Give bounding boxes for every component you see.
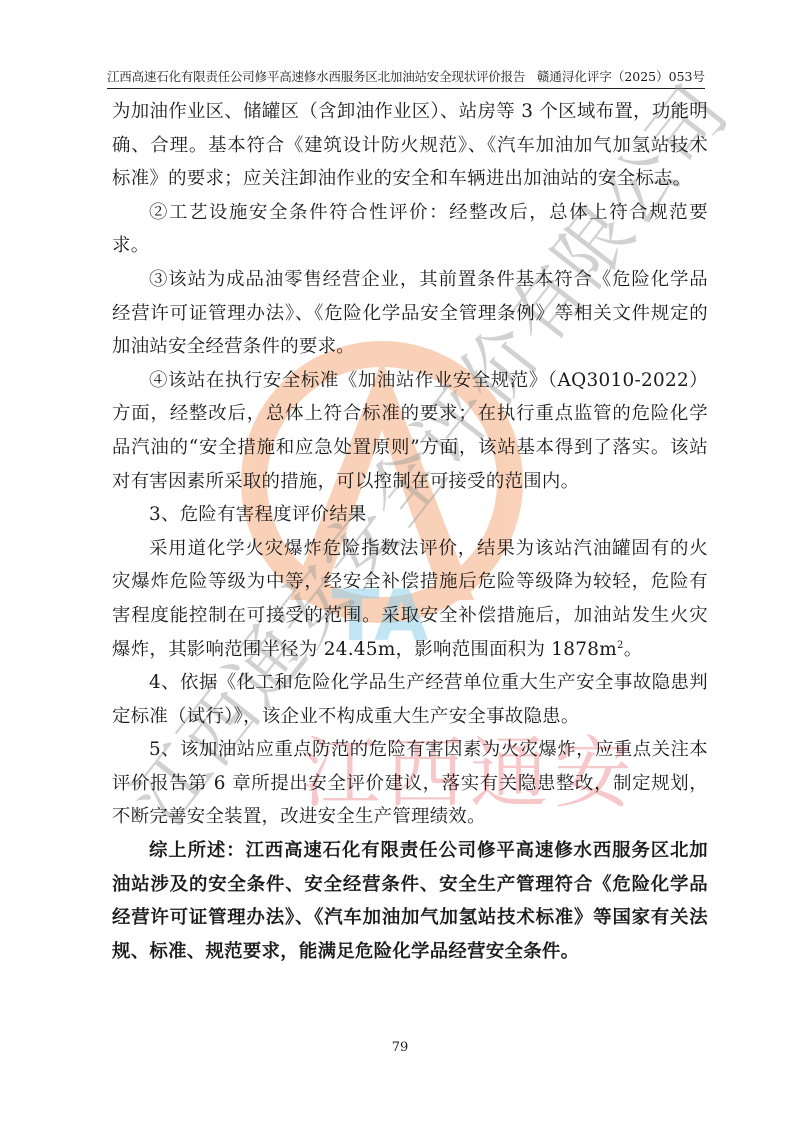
body-paragraph: 3、危险有害程度评价结果 [112,498,708,532]
document-number: 赣通浔化评字（2025）053号 [537,68,705,86]
body-paragraph: ④该站在执行安全标准《加油站作业安全规范》（AQ3010-2022）方面，经整改… [112,364,708,498]
page-number: 79 [0,1040,800,1055]
conclusion-paragraph: 综上所述：江西高速石化有限责任公司修平高速修水西服务区北加油站涉及的安全条件、安… [112,834,708,968]
report-body: 为加油作业区、储罐区（含卸油作业区）、站房等 3 个区域布置，功能明确、合理。基… [112,95,708,968]
paragraph-text: 综上所述：江西高速石化有限责任公司修平高速修水西服务区北加油站涉及的安全条件、安… [112,840,708,962]
paragraph-text: ③该站为成品油零售经营企业，其前置条件基本符合《危险化学品经营许可证管理办法》、… [112,269,708,357]
body-paragraph: 4、依据《化工和危险化学品生产经营单位重大生产安全事故隐患判定标准（试行）》，该… [112,666,708,733]
body-paragraph: 5、该加油站应重点防范的危险有害因素为火灾爆炸，应重点关注本评价报告第 6 章所… [112,733,708,834]
page-header: 江西高速石化有限责任公司修平高速修水西服务区北加油站安全现状评价报告 赣通浔化评… [107,68,705,89]
document-page: 江西高速石化有限责任公司修平高速修水西服务区北加油站安全现状评价报告 赣通浔化评… [0,0,800,1131]
paragraph-text: 为加油作业区、储罐区（含卸油作业区）、站房等 3 个区域布置，功能明确、合理。基… [112,101,708,189]
paragraph-text: ②工艺设施安全条件符合性评价：经整改后，总体上符合规范要求。 [112,202,708,257]
paragraph-text: 5、该加油站应重点防范的危险有害因素为火灾爆炸，应重点关注本评价报告第 6 章所… [112,739,708,827]
superscript: 2 [617,639,624,650]
body-paragraph: ②工艺设施安全条件符合性评价：经整改后，总体上符合规范要求。 [112,196,708,263]
paragraph-text: ④该站在执行安全标准《加油站作业安全规范》（AQ3010-2022）方面，经整改… [112,370,708,492]
paragraph-text: 3、危险有害程度评价结果 [149,504,367,525]
paragraph-text: 4、依据《化工和危险化学品生产经营单位重大生产安全事故隐患判定标准（试行）》，该… [112,672,708,727]
paragraph-tail: 。 [624,639,643,660]
body-paragraph: 采用道化学火灾爆炸危险指数法评价，结果为该站汽油罐固有的火灾爆炸危险等级为中等，… [112,532,708,666]
report-title: 江西高速石化有限责任公司修平高速修水西服务区北加油站安全现状评价报告 [107,68,525,86]
body-paragraph: 为加油作业区、储罐区（含卸油作业区）、站房等 3 个区域布置，功能明确、合理。基… [112,95,708,196]
body-paragraph: ③该站为成品油零售经营企业，其前置条件基本符合《危险化学品经营许可证管理办法》、… [112,263,708,364]
